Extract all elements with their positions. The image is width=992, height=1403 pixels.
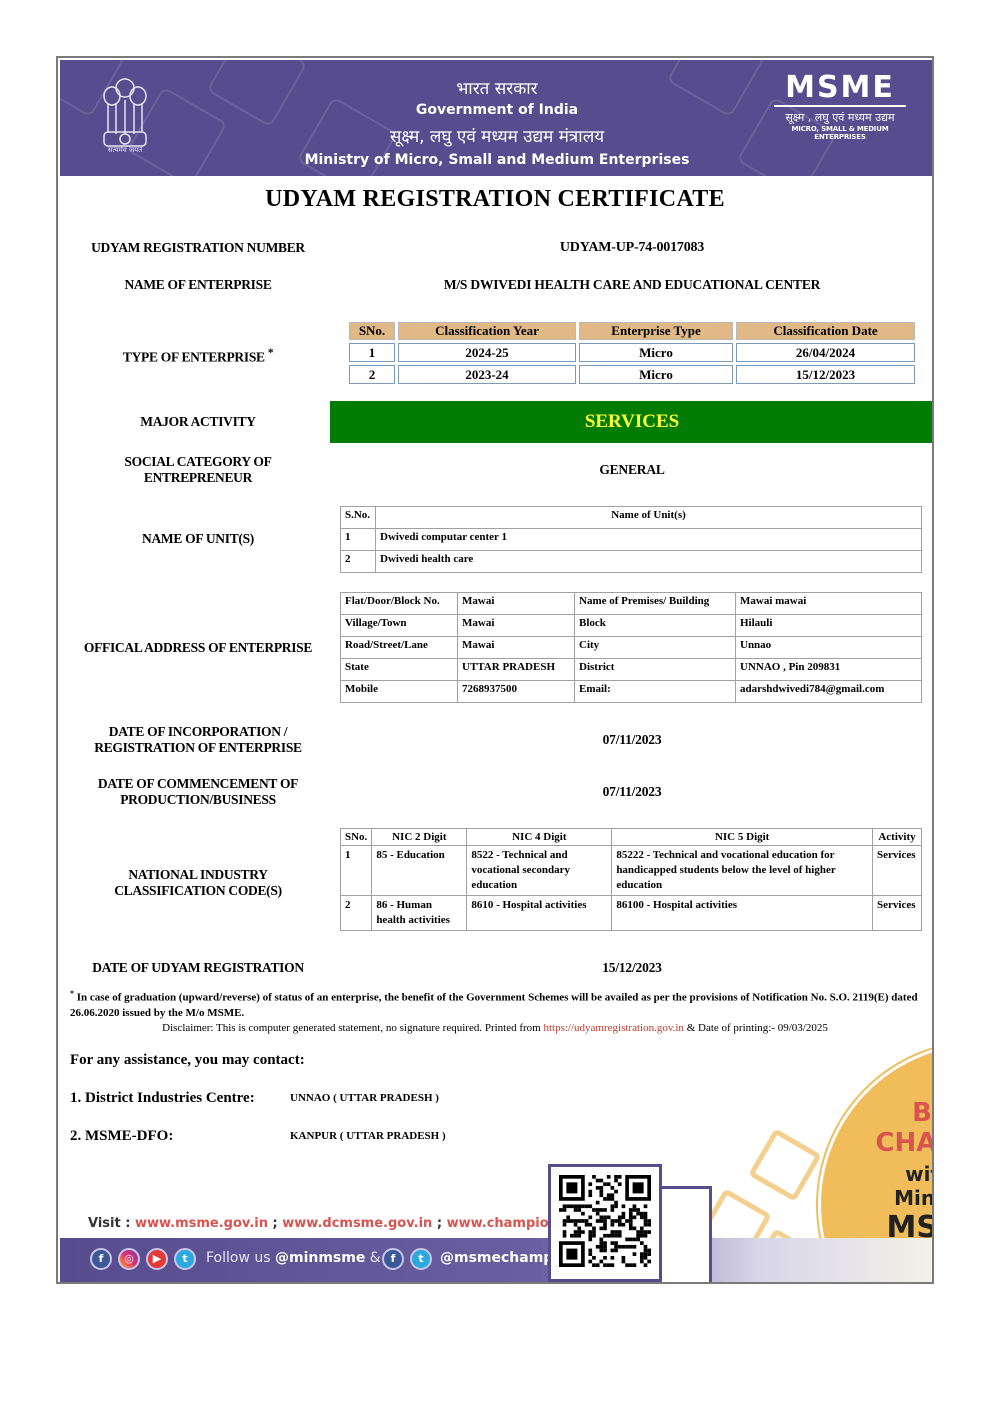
champions-site-link[interactable]: www.champion <box>447 1216 558 1231</box>
cell: 2023-24 <box>398 365 576 384</box>
field-value: Unnao <box>736 637 922 659</box>
dic-label: 1. District Industries Centre: <box>70 1090 255 1107</box>
separator: ; <box>432 1216 446 1231</box>
registration-number-label: UDYAM REGISTRATION NUMBER <box>68 240 328 256</box>
field-value: Mawai <box>458 637 575 659</box>
msme-logo: MSME सूक्ष्म , लघु एवं मध्यम उद्यम MICRO… <box>774 74 906 141</box>
field-label: Name of Premises/ Building <box>575 593 736 615</box>
commencement-date: 07/11/2023 <box>330 784 934 800</box>
champions-text: CHAI <box>875 1128 934 1158</box>
commencement-label-line2: PRODUCTION/BUSINESS <box>68 792 328 808</box>
social-category-label: SOCIAL CATEGORY OF ENTREPRENEUR <box>68 454 328 486</box>
cell: 15/12/2023 <box>736 365 915 384</box>
field-value: Mawai mawai <box>736 593 922 615</box>
field-label: Block <box>575 615 736 637</box>
disclaimer-text: Disclaimer: This is computer generated s… <box>162 1022 543 1034</box>
footer-bar: f ◎ ▶ t Follow us @minmsme & f t @msmech… <box>60 1238 934 1282</box>
msme-logo-english: MICRO, SMALL & MEDIUM ENTERPRISES <box>774 125 906 141</box>
units-table: S.No. Name of Unit(s) 1 Dwivedi computar… <box>340 506 922 573</box>
column-header: NIC 4 Digit <box>467 829 612 846</box>
field-label: Village/Town <box>341 615 458 637</box>
enterprise-type-label: TYPE OF ENTERPRISE * <box>68 345 328 366</box>
qr-code-box <box>548 1164 662 1282</box>
field-label: Flat/Door/Block No. <box>341 593 458 615</box>
header-banner: सत्यमेव जयते भारत सरकार Government of In… <box>60 60 934 176</box>
registration-number-value: UDYAM-UP-74-0017083 <box>330 240 934 256</box>
certificate-title: UDYAM REGISTRATION CERTIFICATE <box>58 186 932 213</box>
column-header: Enterprise Type <box>579 322 733 340</box>
cell: 8522 - Technical and vocational secondar… <box>467 846 612 896</box>
cell: 1 <box>349 343 395 362</box>
dcmsme-site-link[interactable]: www.dcmsme.gov.in <box>282 1216 432 1231</box>
nic-label: NATIONAL INDUSTRY CLASSIFICATION CODE(S) <box>68 867 328 899</box>
cell: Micro <box>579 365 733 384</box>
table-row: Mobile7268937500Email:adarshdwivedi784@g… <box>341 681 922 703</box>
major-activity-value: SERVICES <box>330 401 934 443</box>
cell: Dwivedi health care <box>376 551 922 573</box>
champions-text: Mini <box>894 1186 934 1210</box>
cell: 2 <box>349 365 395 384</box>
msmechampions-handle[interactable]: @msmechampi <box>440 1250 558 1266</box>
table-row: 2 Dwivedi health care <box>341 551 922 573</box>
field-value: UTTAR PRADESH <box>458 659 575 681</box>
enterprise-name-value: M/S DWIVEDI HEALTH CARE AND EDUCATIONAL … <box>330 277 934 293</box>
field-value: Mawai <box>458 593 575 615</box>
address-label: OFFICAL ADDRESS OF ENTERPRISE <box>68 640 328 656</box>
visit-label: Visit : <box>88 1216 135 1231</box>
incorporation-label-line1: DATE OF INCORPORATION / <box>68 724 328 740</box>
nic-label-line1: NATIONAL INDUSTRY <box>68 867 328 883</box>
field-label: State <box>341 659 458 681</box>
units-label: NAME OF UNIT(S) <box>68 531 328 547</box>
table-row: StateUTTAR PRADESHDistrictUNNAO , Pin 20… <box>341 659 922 681</box>
msme-site-link[interactable]: www.msme.gov.in <box>135 1216 268 1231</box>
field-value: Hilauli <box>736 615 922 637</box>
cell: 85 - Education <box>372 846 467 896</box>
cell: Services <box>873 896 922 931</box>
column-header: SNo. <box>349 322 395 340</box>
column-header: Activity <box>873 829 922 846</box>
cell: 2024-25 <box>398 343 576 362</box>
column-header: Classification Date <box>736 322 915 340</box>
classification-table: SNo. Classification Year Enterprise Type… <box>346 319 918 387</box>
footnote-marker: * <box>268 347 273 359</box>
dfo-label: 2. MSME-DFO: <box>70 1128 173 1145</box>
table-row: Village/TownMawaiBlockHilauli <box>341 615 922 637</box>
nic-table: SNo. NIC 2 Digit NIC 4 Digit NIC 5 Digit… <box>340 828 922 931</box>
disclaimer: Disclaimer: This is computer generated s… <box>58 1022 932 1034</box>
follow-text: Follow us <box>206 1250 275 1266</box>
dic-value: UNNAO ( UTTAR PRADESH ) <box>290 1092 439 1104</box>
separator: ; <box>268 1216 282 1231</box>
column-header: NIC 5 Digit <box>612 829 873 846</box>
cell: 8610 - Hospital activities <box>467 896 612 931</box>
enterprise-type-label-text: TYPE OF ENTERPRISE <box>123 350 265 365</box>
table-row: Road/Street/LaneMawaiCityUnnao <box>341 637 922 659</box>
incorporation-label-line2: REGISTRATION OF ENTERPRISE <box>68 740 328 756</box>
social-category-label-line1: SOCIAL CATEGORY OF <box>68 454 328 470</box>
field-value: Mawai <box>458 615 575 637</box>
cell: Dwivedi computar center 1 <box>376 529 922 551</box>
column-header: SNo. <box>341 829 372 846</box>
cell: Services <box>873 846 922 896</box>
table-row: 2 86 - Human health activities 8610 - Ho… <box>341 896 922 931</box>
field-label: Email: <box>575 681 736 703</box>
footnote-text: In case of graduation (upward/reverse) o… <box>70 992 918 1019</box>
column-header: S.No. <box>341 507 376 529</box>
cell: Micro <box>579 343 733 362</box>
table-row: Flat/Door/Block No.MawaiName of Premises… <box>341 593 922 615</box>
cell: 2 <box>341 896 372 931</box>
champions-text: B <box>912 1098 932 1128</box>
address-table: Flat/Door/Block No.MawaiName of Premises… <box>340 592 922 703</box>
incorporation-label: DATE OF INCORPORATION / REGISTRATION OF … <box>68 724 328 756</box>
social-category-label-line2: ENTREPRENEUR <box>68 470 328 486</box>
udyam-registration-date-value: 15/12/2023 <box>330 960 934 976</box>
udyam-registration-date-label: DATE OF UDYAM REGISTRATION <box>68 960 328 976</box>
facebook-icon[interactable]: f <box>90 1248 112 1270</box>
incorporation-date: 07/11/2023 <box>330 732 934 748</box>
nic-label-line2: CLASSIFICATION CODE(S) <box>68 883 328 899</box>
instagram-icon[interactable]: ◎ <box>118 1248 140 1270</box>
field-label: Road/Street/Lane <box>341 637 458 659</box>
cell: 1 <box>341 529 376 551</box>
footnote-marker: * <box>70 989 74 998</box>
header-english-ministry: Ministry of Micro, Small and Medium Ente… <box>60 152 934 168</box>
table-row: 2 2023-24 Micro 15/12/2023 <box>349 365 915 384</box>
twitter-icon[interactable]: t <box>174 1248 196 1270</box>
ampersand: & <box>365 1250 380 1266</box>
cell: 1 <box>341 846 372 896</box>
table-row: 1 85 - Education 8522 - Technical and vo… <box>341 846 922 896</box>
contact-heading: For any assistance, you may contact: <box>70 1052 305 1069</box>
follow-us: Follow us @minmsme & <box>206 1250 381 1266</box>
social-category-value: GENERAL <box>330 462 934 478</box>
facebook-icon[interactable]: f <box>382 1248 404 1270</box>
table-row: 1 Dwivedi computar center 1 <box>341 529 922 551</box>
dfo-value: KANPUR ( UTTAR PRADESH ) <box>290 1130 446 1142</box>
cell: 86 - Human health activities <box>372 896 467 931</box>
qr-code-icon[interactable] <box>559 1175 651 1267</box>
major-activity-label: MAJOR ACTIVITY <box>68 414 328 430</box>
field-value: adarshdwivedi784@gmail.com <box>736 681 922 703</box>
visit-links: Visit : www.msme.gov.in ; www.dcmsme.gov… <box>88 1216 558 1231</box>
youtube-icon[interactable]: ▶ <box>146 1248 168 1270</box>
column-header: Classification Year <box>398 322 576 340</box>
field-value: 7268937500 <box>458 681 575 703</box>
msme-logo-word: MSME <box>774 74 906 102</box>
cell: 2 <box>341 551 376 573</box>
footnote: * In case of graduation (upward/reverse)… <box>70 986 926 1021</box>
field-label: Mobile <box>341 681 458 703</box>
minmsme-handle[interactable]: @minmsme <box>275 1250 365 1266</box>
cell: 26/04/2024 <box>736 343 915 362</box>
field-value: UNNAO , Pin 209831 <box>736 659 922 681</box>
field-label: City <box>575 637 736 659</box>
cell: 85222 - Technical and vocational educati… <box>612 846 873 896</box>
twitter-icon[interactable]: t <box>410 1248 432 1270</box>
column-header: NIC 2 Digit <box>372 829 467 846</box>
printing-date: & Date of printing:- 09/03/2025 <box>684 1022 828 1034</box>
champions-text: wit <box>905 1162 934 1186</box>
commencement-label-line1: DATE OF COMMENCEMENT OF <box>68 776 328 792</box>
certificate-frame: सत्यमेव जयते भारत सरकार Government of In… <box>56 56 934 1284</box>
column-header: Name of Unit(s) <box>376 507 922 529</box>
cell: 86100 - Hospital activities <box>612 896 873 931</box>
udyam-portal-link[interactable]: https://udyamregistration.gov.in <box>543 1022 683 1034</box>
enterprise-name-label: NAME OF ENTERPRISE <box>68 277 328 293</box>
table-row: 1 2024-25 Micro 26/04/2024 <box>349 343 915 362</box>
field-label: District <box>575 659 736 681</box>
commencement-label: DATE OF COMMENCEMENT OF PRODUCTION/BUSIN… <box>68 776 328 808</box>
msme-logo-hindi: सूक्ष्म , लघु एवं मध्यम उद्यम <box>774 110 906 125</box>
